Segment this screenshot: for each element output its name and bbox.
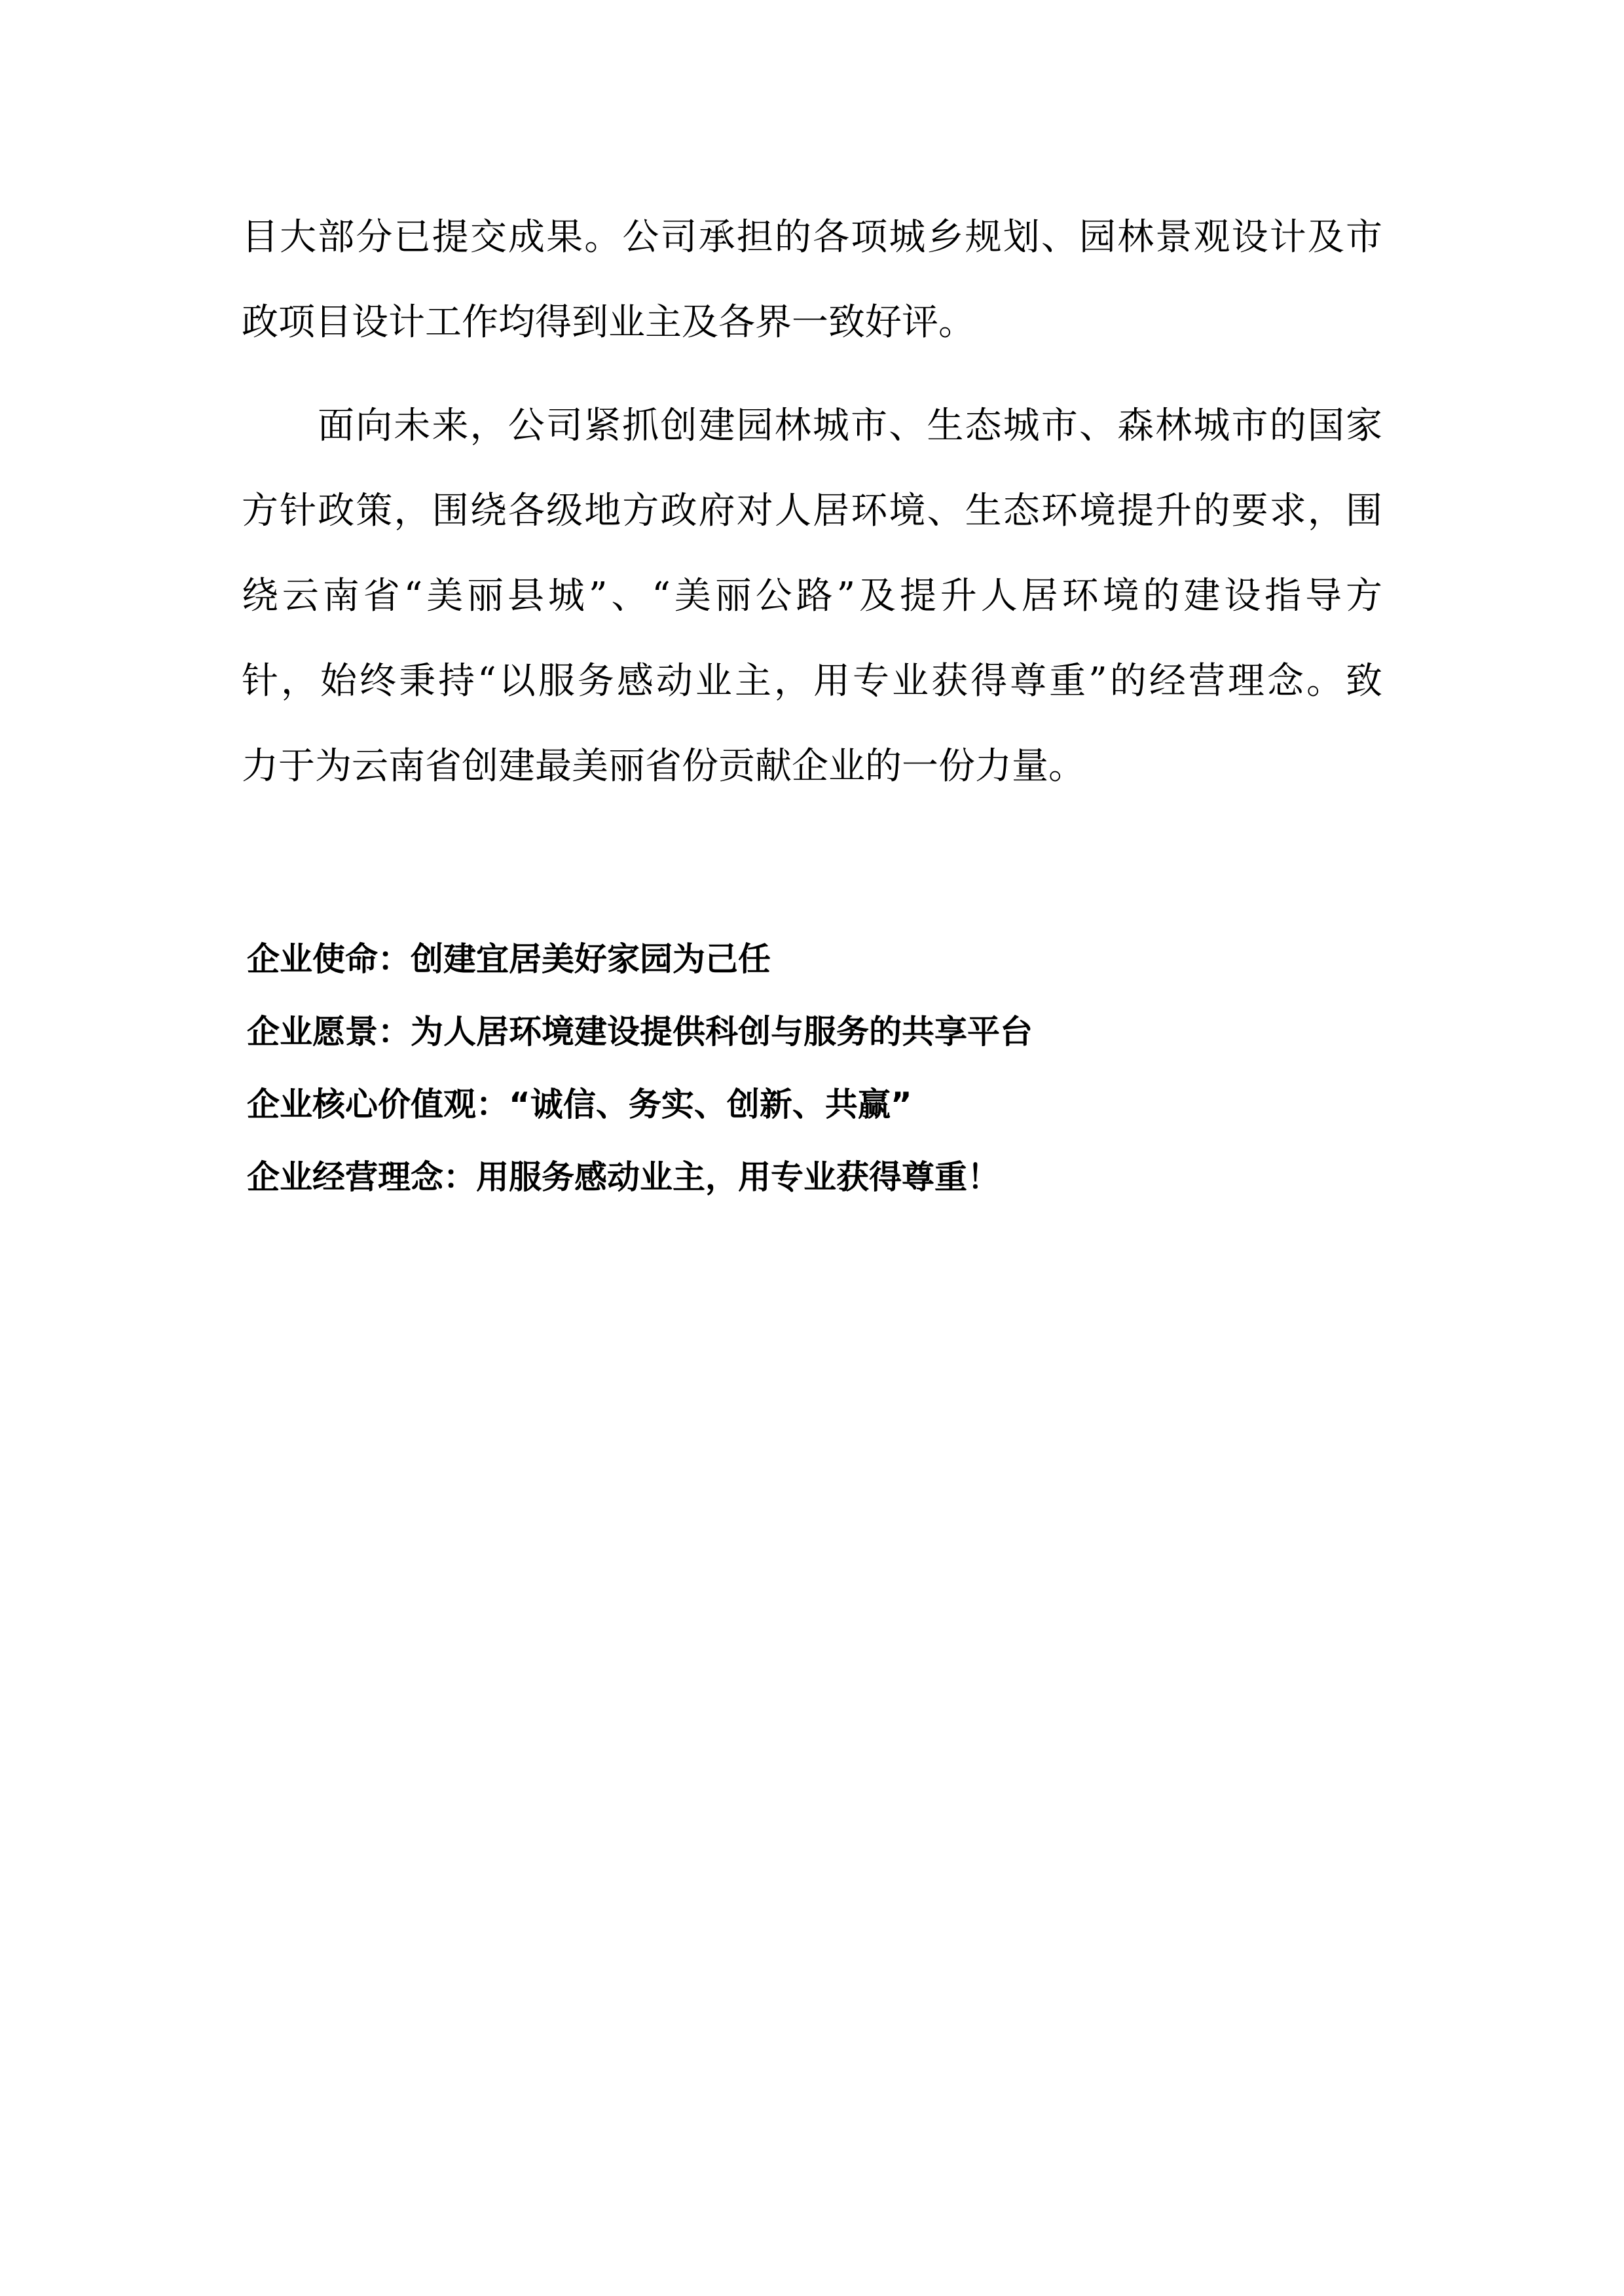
document-page: 目大部分已提交成果。公司承担的各项城乡规划、园林景观设计及市政项目设计工作均得到…	[0, 0, 1624, 2296]
body-paragraph-2-line-3: 绕云南省“美丽县城”、“美丽公路”及提升人居环境的建设指导方	[242, 577, 1382, 617]
body-paragraph-2-line-1: 面向未来，公司紧抓创建园林城市、生态城市、森林城市的国家	[242, 407, 1382, 447]
statement-line-2: 企业愿景：为人居环境建设提供科创与服务的共享平台	[247, 1014, 1388, 1052]
statement-line-1: 企业使命：创建宜居美好家园为己任	[247, 941, 1388, 979]
body-paragraph-2-line-2: 方针政策，围绕各级地方政府对人居环境、生态环境提升的要求，围	[242, 492, 1382, 532]
body-paragraph-1-line-1: 目大部分已提交成果。公司承担的各项城乡规划、园林景观设计及市	[242, 218, 1382, 259]
body-paragraph-2-line-4: 针，始终秉持“以服务感动业主，用专业获得尊重”的经营理念。致	[242, 662, 1382, 702]
statement-line-4: 企业经营理念：用服务感动业主，用专业获得尊重！	[247, 1159, 1388, 1197]
body-paragraph-1-line-2: 政项目设计工作均得到业主及各界一致好评。	[242, 303, 1382, 344]
statement-line-3: 企业核心价值观：“诚信、务实、创新、共赢”	[247, 1087, 1388, 1125]
body-paragraph-2-line-5: 力于为云南省创建最美丽省份贡献企业的一份力量。	[242, 747, 1382, 788]
